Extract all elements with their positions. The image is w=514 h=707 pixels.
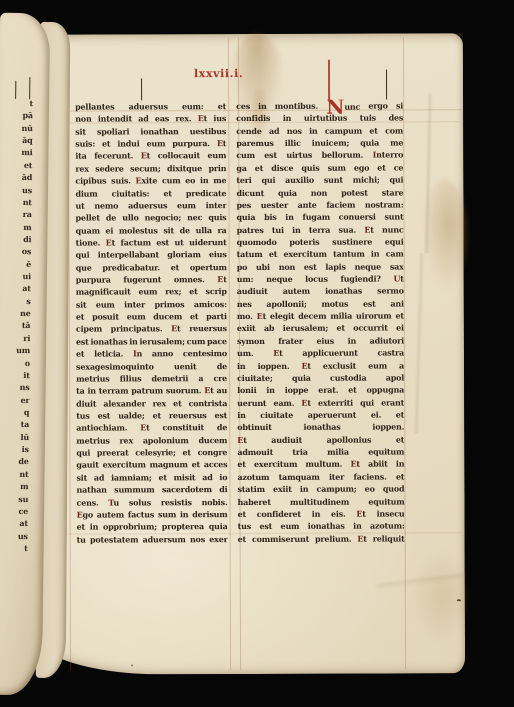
versal-capital: E bbox=[171, 324, 177, 334]
word: pellantes bbox=[75, 100, 114, 112]
word: castra bbox=[378, 347, 404, 359]
word: campum; bbox=[317, 483, 357, 495]
text-line: gaetdiscequissumegoetce bbox=[236, 161, 403, 174]
text-line: obtinuitionathasioppen. bbox=[237, 421, 404, 434]
edge-fragment: ra bbox=[0, 208, 32, 221]
word: apollonii; bbox=[266, 298, 306, 311]
word: reliquit bbox=[373, 532, 405, 544]
word: in bbox=[237, 360, 246, 372]
word: et bbox=[396, 433, 404, 445]
word: illic bbox=[285, 137, 301, 149]
word: statim bbox=[237, 483, 264, 495]
word: commiserunt bbox=[252, 532, 309, 545]
word: nemo bbox=[94, 199, 118, 211]
word: quis bbox=[208, 211, 226, 223]
word: exercitum bbox=[103, 459, 146, 472]
word: quia bbox=[292, 372, 311, 384]
edge-text-fragments: tpānūāqmietādusntramdiosēuiatsnetāriumoi… bbox=[0, 97, 33, 555]
word: tamquam bbox=[279, 471, 320, 484]
text-line: quipreeratcelesyrie;etcongre bbox=[76, 446, 227, 459]
word: pace bbox=[207, 335, 227, 347]
word: dixitque bbox=[167, 162, 202, 174]
edge-fragment: ta bbox=[0, 418, 29, 431]
word: ad bbox=[94, 471, 104, 483]
word: et bbox=[377, 161, 385, 173]
versal-capital: E bbox=[273, 348, 279, 358]
word: collocauit bbox=[158, 150, 200, 163]
text-line: azotumtamquamiterfaciens.et bbox=[237, 470, 404, 483]
text-line: metriusrexapoloniumducem bbox=[76, 434, 227, 447]
edge-fragment: nt bbox=[0, 467, 29, 480]
word: et bbox=[173, 397, 181, 409]
word: eum bbox=[138, 286, 157, 298]
word: qui bbox=[261, 174, 275, 186]
word: ciuitatis: bbox=[112, 187, 150, 199]
word: opprobrium; bbox=[103, 521, 157, 534]
word: cre bbox=[213, 372, 227, 384]
word: di bbox=[219, 483, 227, 495]
word: campum bbox=[325, 124, 362, 136]
word: ita bbox=[75, 150, 86, 162]
word: Nunc bbox=[326, 100, 360, 112]
word: et bbox=[77, 521, 85, 533]
word: suis: bbox=[75, 138, 95, 150]
text-line: cendeadnosincampumetcom bbox=[236, 124, 403, 137]
word: filius bbox=[120, 372, 142, 384]
word: in bbox=[285, 211, 294, 223]
word: au bbox=[216, 384, 227, 396]
word: eum: bbox=[182, 100, 204, 112]
edge-fragment: s bbox=[0, 294, 31, 307]
word: et bbox=[153, 409, 161, 421]
word: parti bbox=[206, 310, 227, 322]
word: indui bbox=[117, 137, 139, 149]
word: et bbox=[190, 310, 198, 322]
versal-capital: E bbox=[301, 397, 307, 407]
word: sunt bbox=[324, 174, 343, 186]
word: scrip bbox=[206, 285, 227, 297]
word: tuis bbox=[360, 112, 376, 124]
word: tria bbox=[292, 446, 307, 458]
ruling-line-vertical bbox=[228, 38, 231, 670]
edge-fragment: at bbox=[0, 517, 28, 530]
speck bbox=[457, 599, 461, 601]
word: purpura bbox=[76, 274, 111, 286]
word: factum bbox=[121, 236, 151, 248]
word: qui bbox=[76, 447, 90, 459]
word: in bbox=[396, 458, 405, 470]
word: in bbox=[87, 385, 96, 397]
word: Et bbox=[364, 223, 373, 235]
word: in bbox=[292, 223, 301, 235]
text-line: quiabisinfugamconuersisunt bbox=[237, 211, 404, 224]
text-line: exiitabierusalem;etoccurritei bbox=[237, 322, 404, 335]
word: admouit bbox=[237, 446, 273, 458]
word: quia bbox=[278, 186, 297, 198]
word: tatum bbox=[237, 248, 263, 260]
edge-fragment: er bbox=[0, 393, 30, 406]
ascender-stroke bbox=[386, 70, 387, 100]
word: interpellabant bbox=[98, 249, 159, 262]
word: sit bbox=[75, 125, 86, 137]
word: lapis bbox=[325, 260, 345, 272]
word: exercitum bbox=[254, 458, 297, 471]
word: azotum: bbox=[370, 520, 405, 532]
word: ei. bbox=[371, 409, 381, 421]
text-line: tusesteumionathasinazotum: bbox=[238, 520, 405, 533]
word: in bbox=[129, 335, 138, 347]
word: nostram: bbox=[365, 198, 404, 210]
word: a bbox=[399, 359, 404, 371]
text-line: etconfideretineis.Etinsecu bbox=[238, 507, 405, 520]
word: est bbox=[304, 260, 317, 272]
text-line: sitspoliariionathanuestibus bbox=[75, 125, 226, 138]
word: solus bbox=[129, 496, 151, 508]
edge-fragment: pā bbox=[0, 109, 33, 122]
text-line: haberetmultitudinemequitum bbox=[237, 495, 404, 508]
word: ad bbox=[202, 471, 212, 483]
word: in bbox=[258, 100, 267, 112]
word: nunc bbox=[382, 223, 404, 235]
word: eum bbox=[177, 199, 196, 211]
word: sustinere bbox=[332, 236, 372, 248]
edge-fragment: tā bbox=[0, 319, 30, 332]
word: apolonium bbox=[143, 434, 189, 447]
word: est bbox=[363, 297, 376, 309]
word: ioppen. bbox=[258, 359, 290, 371]
word: ut bbox=[75, 199, 84, 211]
word: ierusalem; bbox=[283, 322, 328, 335]
text-line: um.Etapplicueruntcastra bbox=[237, 347, 404, 360]
edge-fragment: at bbox=[0, 282, 31, 295]
word: et bbox=[369, 124, 377, 136]
word: io bbox=[219, 471, 227, 483]
word: com bbox=[385, 124, 403, 136]
word: eam. bbox=[274, 396, 295, 408]
versal-capital: E bbox=[257, 311, 263, 321]
word: montibus. bbox=[275, 100, 318, 113]
word: tantum bbox=[333, 248, 365, 260]
word: a bbox=[198, 372, 203, 384]
text-line: inciuitateaperueruntei.et bbox=[237, 408, 404, 421]
word: terra bbox=[309, 223, 330, 235]
word: in bbox=[237, 409, 246, 421]
word: eum bbox=[127, 310, 146, 322]
versal-capital: T bbox=[108, 497, 113, 507]
word: pes bbox=[236, 199, 251, 211]
word: rex bbox=[120, 434, 134, 446]
word: lonii bbox=[237, 384, 256, 396]
text-line: audiuitautemionathassermo bbox=[237, 285, 404, 298]
text-line: confidisinuirtutibustuisdes bbox=[236, 112, 403, 125]
word: et bbox=[396, 470, 404, 482]
word: adiutori bbox=[370, 334, 404, 346]
edge-fragment: ns bbox=[0, 381, 30, 394]
edge-fragment: q bbox=[0, 406, 29, 419]
text-line: itafecerunt.Etcollocauiteum bbox=[75, 150, 226, 163]
text-line: utnemoaduersuseuminter bbox=[75, 199, 226, 212]
word: michi; bbox=[353, 174, 380, 186]
word: quomodo bbox=[237, 236, 277, 248]
word: cens. bbox=[76, 496, 98, 508]
text-line: cumestuirtusbellorum.Interro bbox=[236, 149, 403, 162]
word: ab bbox=[264, 322, 274, 334]
word: uirorum bbox=[356, 310, 392, 322]
word: propterea bbox=[162, 520, 204, 533]
word: terram bbox=[99, 385, 129, 397]
word: uenit bbox=[174, 360, 197, 372]
word: reuersus bbox=[169, 409, 207, 421]
text-line: Etaudiuitapolloniuset bbox=[237, 433, 404, 446]
word: cum bbox=[187, 335, 206, 347]
word: rex bbox=[75, 162, 89, 174]
word: Et bbox=[106, 236, 115, 248]
word: Et bbox=[204, 384, 213, 396]
edge-fragment: et bbox=[0, 158, 32, 171]
text-line: admouittriamiliaequitum bbox=[237, 446, 404, 459]
word: cipibus bbox=[75, 175, 106, 187]
word: abiit bbox=[368, 458, 388, 470]
word: predicabatur. bbox=[102, 261, 160, 274]
text-line: antiochiam.Etconstituitde bbox=[76, 421, 227, 434]
text-line: cens.Tusolusresistisnobis. bbox=[76, 496, 227, 509]
word: ces bbox=[236, 100, 250, 112]
word: et bbox=[76, 348, 84, 360]
text-line: pesuesterantefaciemnostram: bbox=[236, 198, 403, 211]
word: ei bbox=[105, 224, 113, 236]
text-line: cipemprincipatus.Etreuersus bbox=[76, 323, 227, 336]
word: nathan bbox=[76, 484, 106, 496]
word: fecerunt. bbox=[94, 150, 133, 162]
edge-fragment: āq bbox=[0, 134, 33, 147]
word: in bbox=[371, 248, 380, 260]
word: ualde; bbox=[118, 409, 145, 421]
word: demetrii bbox=[152, 372, 189, 384]
word: ciuitate bbox=[260, 409, 293, 421]
word: fugam bbox=[302, 211, 330, 223]
word: et bbox=[396, 408, 404, 420]
word: prin bbox=[208, 162, 226, 174]
word: aduersus bbox=[129, 100, 168, 112]
versal-capital: E bbox=[357, 533, 363, 543]
ascender-stroke bbox=[141, 78, 142, 100]
word: quia bbox=[237, 211, 256, 223]
word: uestibus bbox=[190, 125, 227, 137]
word: eis. bbox=[331, 508, 346, 520]
word: magnificauit bbox=[76, 286, 131, 299]
word: exclusit bbox=[323, 359, 356, 371]
word: ius bbox=[213, 112, 226, 124]
edge-fragment: nū bbox=[0, 121, 33, 134]
word: paremus bbox=[236, 137, 274, 149]
word: exer bbox=[209, 533, 227, 545]
edge-fragment: it bbox=[0, 369, 30, 382]
versal-capital: E bbox=[140, 423, 146, 433]
word: confideret bbox=[257, 508, 301, 521]
word: nec bbox=[187, 211, 202, 223]
text-column-right: cesinmontibus.Nuncergosiconfidisinuirtut… bbox=[236, 99, 405, 547]
word: me bbox=[213, 174, 226, 186]
word: exterriti bbox=[318, 396, 353, 408]
word: disce bbox=[271, 162, 293, 174]
edge-fragment: um bbox=[0, 344, 30, 357]
word: oppugna bbox=[366, 384, 404, 396]
word: locus bbox=[305, 273, 328, 285]
text-column-left: pellantesaduersuseum:etnonintenditadeasr… bbox=[75, 100, 228, 548]
text-line: tatumetexercitumtantumincam bbox=[237, 248, 404, 261]
edge-fragment: is bbox=[0, 443, 29, 456]
versal-capital: E bbox=[237, 435, 243, 445]
edge-fragment: ui bbox=[0, 270, 31, 283]
versal-capital: E bbox=[136, 176, 142, 186]
word: qui bbox=[76, 249, 90, 261]
word: leticia. bbox=[94, 348, 123, 360]
word: ducem bbox=[153, 310, 182, 322]
word: applicuerunt bbox=[302, 347, 357, 360]
word: alexander bbox=[103, 397, 145, 410]
word: de bbox=[180, 224, 190, 236]
text-line: etexercitummultum.Etabiitin bbox=[237, 458, 404, 471]
word: congre bbox=[198, 446, 228, 458]
word: ioppe bbox=[285, 384, 309, 396]
word: et bbox=[269, 248, 277, 260]
word: poteris bbox=[289, 236, 319, 248]
word: ionathas bbox=[304, 421, 341, 433]
text-line: cipibussuis.Exitecumeoinme bbox=[75, 174, 226, 187]
word: prelium. bbox=[315, 532, 351, 544]
word: de bbox=[217, 421, 227, 433]
word: patres bbox=[237, 224, 264, 236]
edge-fragment: lū bbox=[0, 430, 29, 443]
text-line: tione.Etfactumestutuiderunt bbox=[76, 236, 227, 249]
word: rex bbox=[153, 397, 167, 409]
word: stare bbox=[382, 186, 404, 198]
word: et bbox=[76, 311, 84, 323]
word: milia bbox=[327, 446, 349, 458]
word: fugerunt bbox=[123, 273, 161, 285]
word: est bbox=[98, 409, 111, 421]
word: eo bbox=[365, 483, 375, 495]
word: uerunt bbox=[237, 397, 266, 409]
word: in bbox=[90, 521, 99, 533]
word: aperuerunt bbox=[308, 409, 357, 422]
manuscript-page: lxxvii.i. pellantesaduersuseum:etnoninte… bbox=[29, 33, 465, 675]
word: nos bbox=[287, 125, 302, 137]
word: eius bbox=[209, 248, 227, 260]
word: potestatem bbox=[90, 533, 138, 546]
word: insecu bbox=[377, 507, 405, 519]
word: preerat bbox=[97, 446, 129, 458]
word: inter bbox=[206, 199, 227, 211]
word: um. bbox=[237, 347, 254, 359]
text-line: pelletdeullonegocio;necquis bbox=[76, 211, 227, 224]
text-line: teriquiauxiliosuntmichi;qui bbox=[236, 174, 403, 187]
word: dium bbox=[75, 187, 97, 199]
word: Et bbox=[356, 507, 365, 519]
word: negocio; bbox=[145, 211, 181, 223]
word: tui bbox=[272, 223, 284, 235]
word: eius bbox=[316, 335, 334, 347]
text-line: tusestualde;etreuersusest bbox=[76, 409, 227, 422]
word: ionathas bbox=[308, 520, 345, 532]
edge-fragment: m bbox=[0, 220, 32, 233]
word: et bbox=[158, 471, 166, 483]
word: autem bbox=[283, 285, 310, 297]
text-line: etposuiteumducemetparti bbox=[76, 310, 227, 323]
word: custodia bbox=[330, 371, 366, 383]
text-line: sexagesimoquintouenitde bbox=[76, 360, 227, 373]
word: in bbox=[180, 508, 189, 520]
edge-fragment: di bbox=[0, 233, 31, 246]
word: decem bbox=[298, 310, 326, 322]
text-line: siteuminterprimosamicos: bbox=[76, 298, 227, 311]
word: autem bbox=[97, 508, 124, 520]
word: nos bbox=[190, 533, 205, 545]
text-line: nonintenditadeasrex.Etius bbox=[75, 112, 226, 125]
word: derisum bbox=[192, 508, 227, 520]
word: multitudinem bbox=[290, 495, 349, 508]
stain bbox=[413, 551, 467, 643]
text-line: rexsederesecum;dixitqueprin bbox=[75, 162, 226, 175]
word: Et bbox=[141, 150, 150, 162]
word: patrum bbox=[131, 385, 163, 397]
word: molestus bbox=[119, 224, 158, 236]
word: tus bbox=[238, 520, 251, 532]
word: ergo bbox=[368, 100, 387, 112]
word: exiit bbox=[237, 322, 256, 334]
edge-fragment: ē bbox=[0, 257, 31, 270]
edge-fragment: de bbox=[0, 455, 29, 468]
word: faciem bbox=[326, 198, 355, 210]
word: cum bbox=[162, 174, 181, 186]
word: et bbox=[336, 322, 344, 334]
word: antiochiam. bbox=[76, 422, 127, 435]
word: non bbox=[279, 261, 295, 273]
word: auxilio bbox=[285, 174, 314, 186]
word: symon bbox=[237, 335, 265, 347]
text-line: um:nequelocusfugiendi?Ut bbox=[237, 272, 404, 285]
edge-fragment: t bbox=[0, 97, 33, 110]
word: cipem bbox=[76, 323, 102, 335]
word: posuit bbox=[92, 311, 119, 323]
word: predicate bbox=[186, 187, 227, 200]
word: opertum bbox=[190, 261, 227, 273]
edge-fragment: us bbox=[0, 183, 32, 196]
word: Et bbox=[217, 273, 226, 285]
word: ulla bbox=[196, 224, 212, 236]
word: conuersi bbox=[339, 211, 376, 223]
text-line: magnificauiteumrex;etscrip bbox=[76, 285, 227, 298]
word: eum bbox=[368, 359, 387, 371]
word: et bbox=[171, 261, 179, 273]
word: metrius bbox=[76, 434, 109, 446]
word: summum bbox=[114, 483, 154, 496]
chapter-initial: N bbox=[326, 104, 344, 110]
word: Tu bbox=[108, 496, 119, 508]
word: frater bbox=[278, 335, 303, 347]
speck bbox=[131, 664, 133, 666]
word: et bbox=[102, 138, 110, 150]
word: eas bbox=[155, 113, 169, 125]
word: Exite bbox=[136, 174, 158, 186]
word: acces bbox=[204, 458, 228, 470]
text-line: quepredicabatur.etopertum bbox=[76, 261, 227, 274]
text-line: tupotestatemaduersumnosexer bbox=[77, 533, 228, 546]
word: et bbox=[255, 162, 263, 174]
word: secum; bbox=[130, 162, 161, 174]
word: spoliari bbox=[97, 125, 129, 137]
word: et bbox=[395, 310, 403, 322]
